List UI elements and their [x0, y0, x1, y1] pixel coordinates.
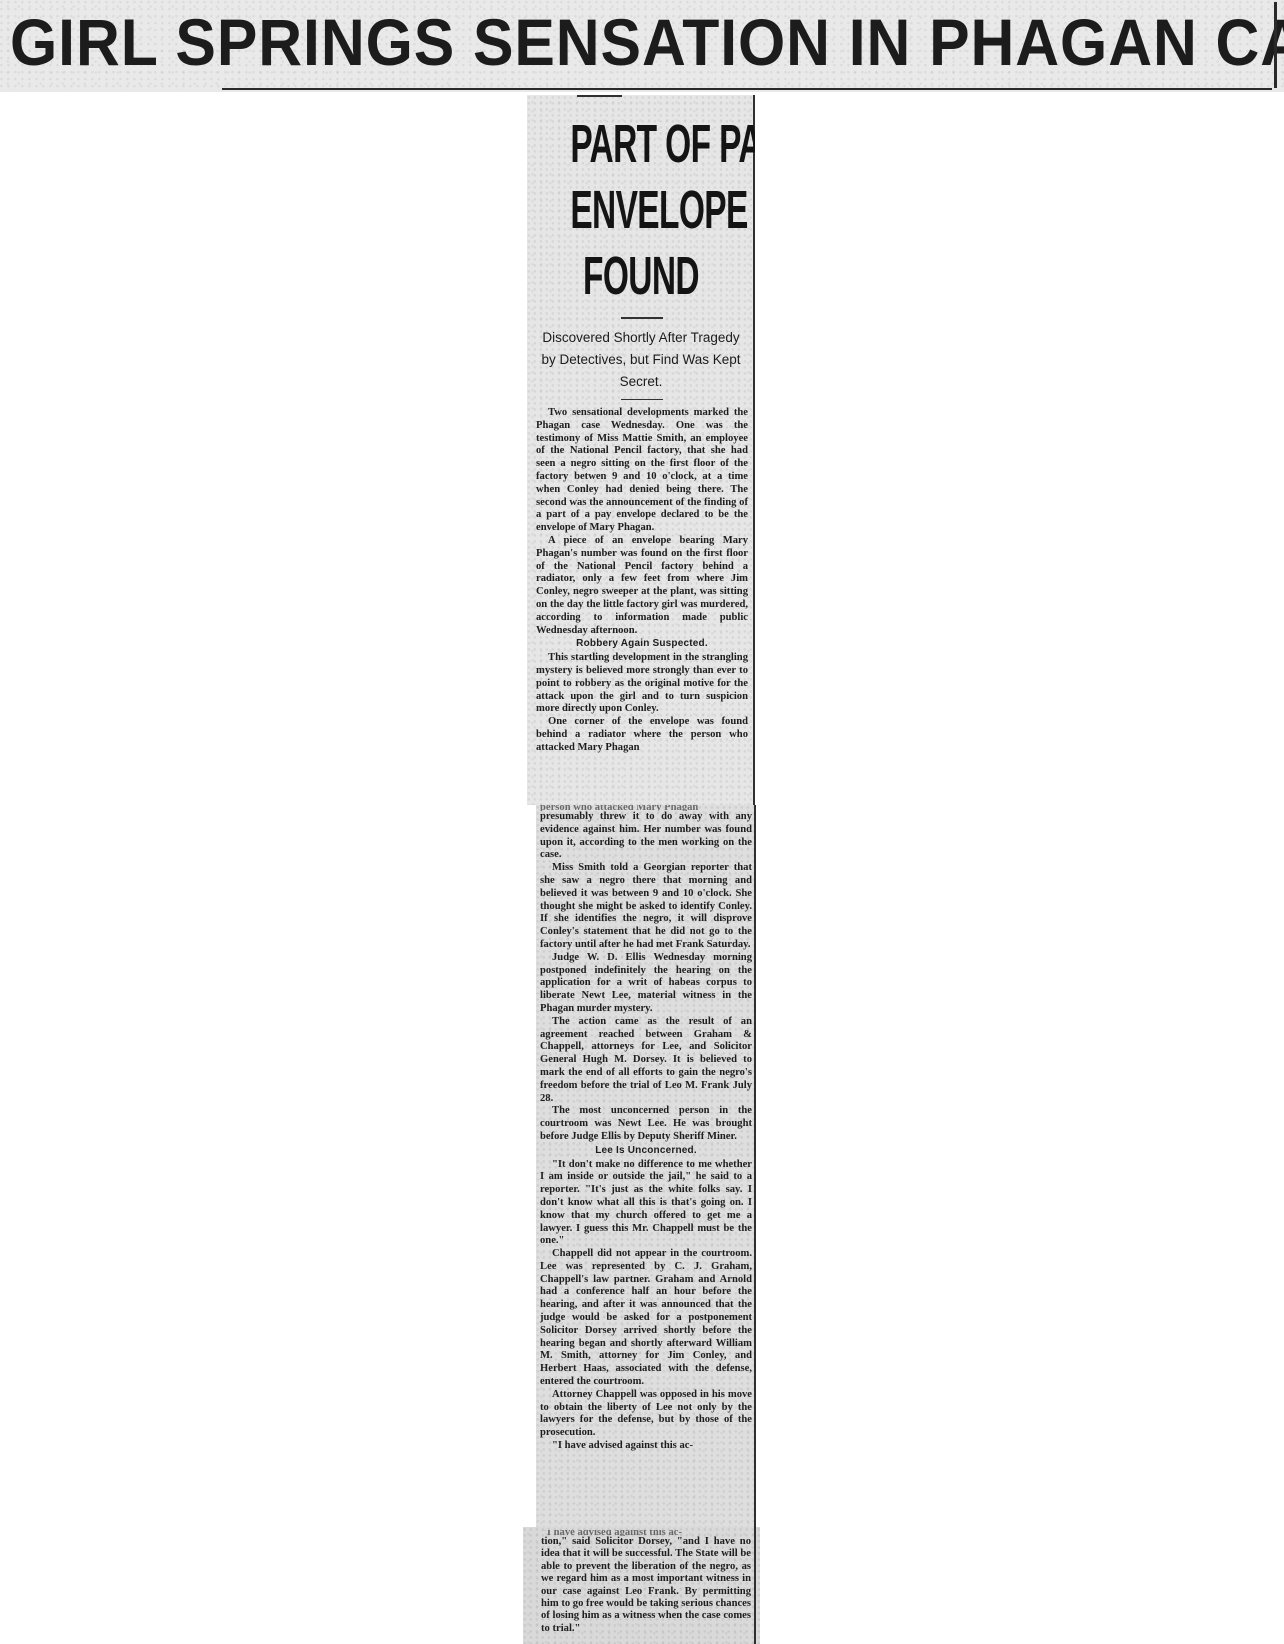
paragraph: Miss Smith told a Georgian reporter that… — [540, 862, 752, 952]
article-body-part-3: "I have advised against this ac- tion," … — [541, 1530, 751, 1635]
banner-headline-strip: GIRL SPRINGS SENSATION IN PHAGAN CASE — [0, 0, 1284, 92]
paragraph: Two sensational developments marked the … — [536, 407, 748, 535]
column-top-rule — [577, 95, 622, 97]
article-body-part-2: person who attacked Mary Phagan presumab… — [540, 805, 752, 1453]
paragraph: This startling development in the strang… — [536, 652, 748, 716]
article-title-line-2: ENVELOPE — [570, 177, 711, 243]
article-title: PART OF PAY ENVELOPE FOUND — [570, 111, 711, 309]
banner-underline-rule — [222, 88, 1272, 90]
section-subhead: Lee Is Unconcerned. — [540, 1145, 752, 1158]
title-divider-rule — [621, 317, 663, 319]
section-subhead: Robbery Again Suspected. — [536, 638, 748, 651]
article-clip-bottom: "I have advised against this ac- tion," … — [523, 1527, 760, 1644]
overlap-ghost-line: "I have advised against this ac- — [541, 1530, 751, 1536]
article-title-line-1: PART OF PAY — [570, 111, 711, 177]
paragraph: A piece of an envelope bearing Mary Phag… — [536, 535, 748, 637]
paragraph: tion," said Solicitor Dorsey, "and I hav… — [541, 1536, 751, 1635]
paragraph: Judge W. D. Ellis Wednesday morning post… — [540, 952, 752, 1016]
article-body-part-1: Two sensational developments marked the … — [536, 407, 748, 755]
article-subheadline: Discovered Shortly After Tragedy by Dete… — [537, 327, 745, 393]
column-right-rule — [754, 805, 756, 1527]
paragraph: Chappell did not appear in the courtroom… — [540, 1248, 752, 1389]
paragraph: The most unconcerned person in the court… — [540, 1105, 752, 1143]
paragraph: "I have advised against this ac- — [540, 1440, 752, 1453]
banner-right-border — [1274, 2, 1277, 88]
paragraph: Attorney Chappell was opposed in his mov… — [540, 1389, 752, 1440]
article-clip-top: PART OF PAY ENVELOPE FOUND Discovered Sh… — [527, 95, 755, 805]
article-title-line-3: FOUND — [570, 243, 711, 309]
paragraph: One corner of the envelope was found beh… — [536, 716, 748, 754]
column-right-rule — [754, 1527, 756, 1644]
banner-headline: GIRL SPRINGS SENSATION IN PHAGAN CASE — [10, 4, 1171, 80]
paragraph: The action came as the result of an agre… — [540, 1016, 752, 1106]
paragraph: "It don't make no difference to me wheth… — [540, 1159, 752, 1249]
overlap-ghost-line: person who attacked Mary Phagan — [540, 805, 752, 811]
column-right-rule — [753, 95, 755, 805]
subheadline-divider-rule — [621, 399, 663, 400]
article-clip-middle: person who attacked Mary Phagan presumab… — [536, 805, 756, 1527]
paragraph: presumably threw it to do away with any … — [540, 811, 752, 862]
